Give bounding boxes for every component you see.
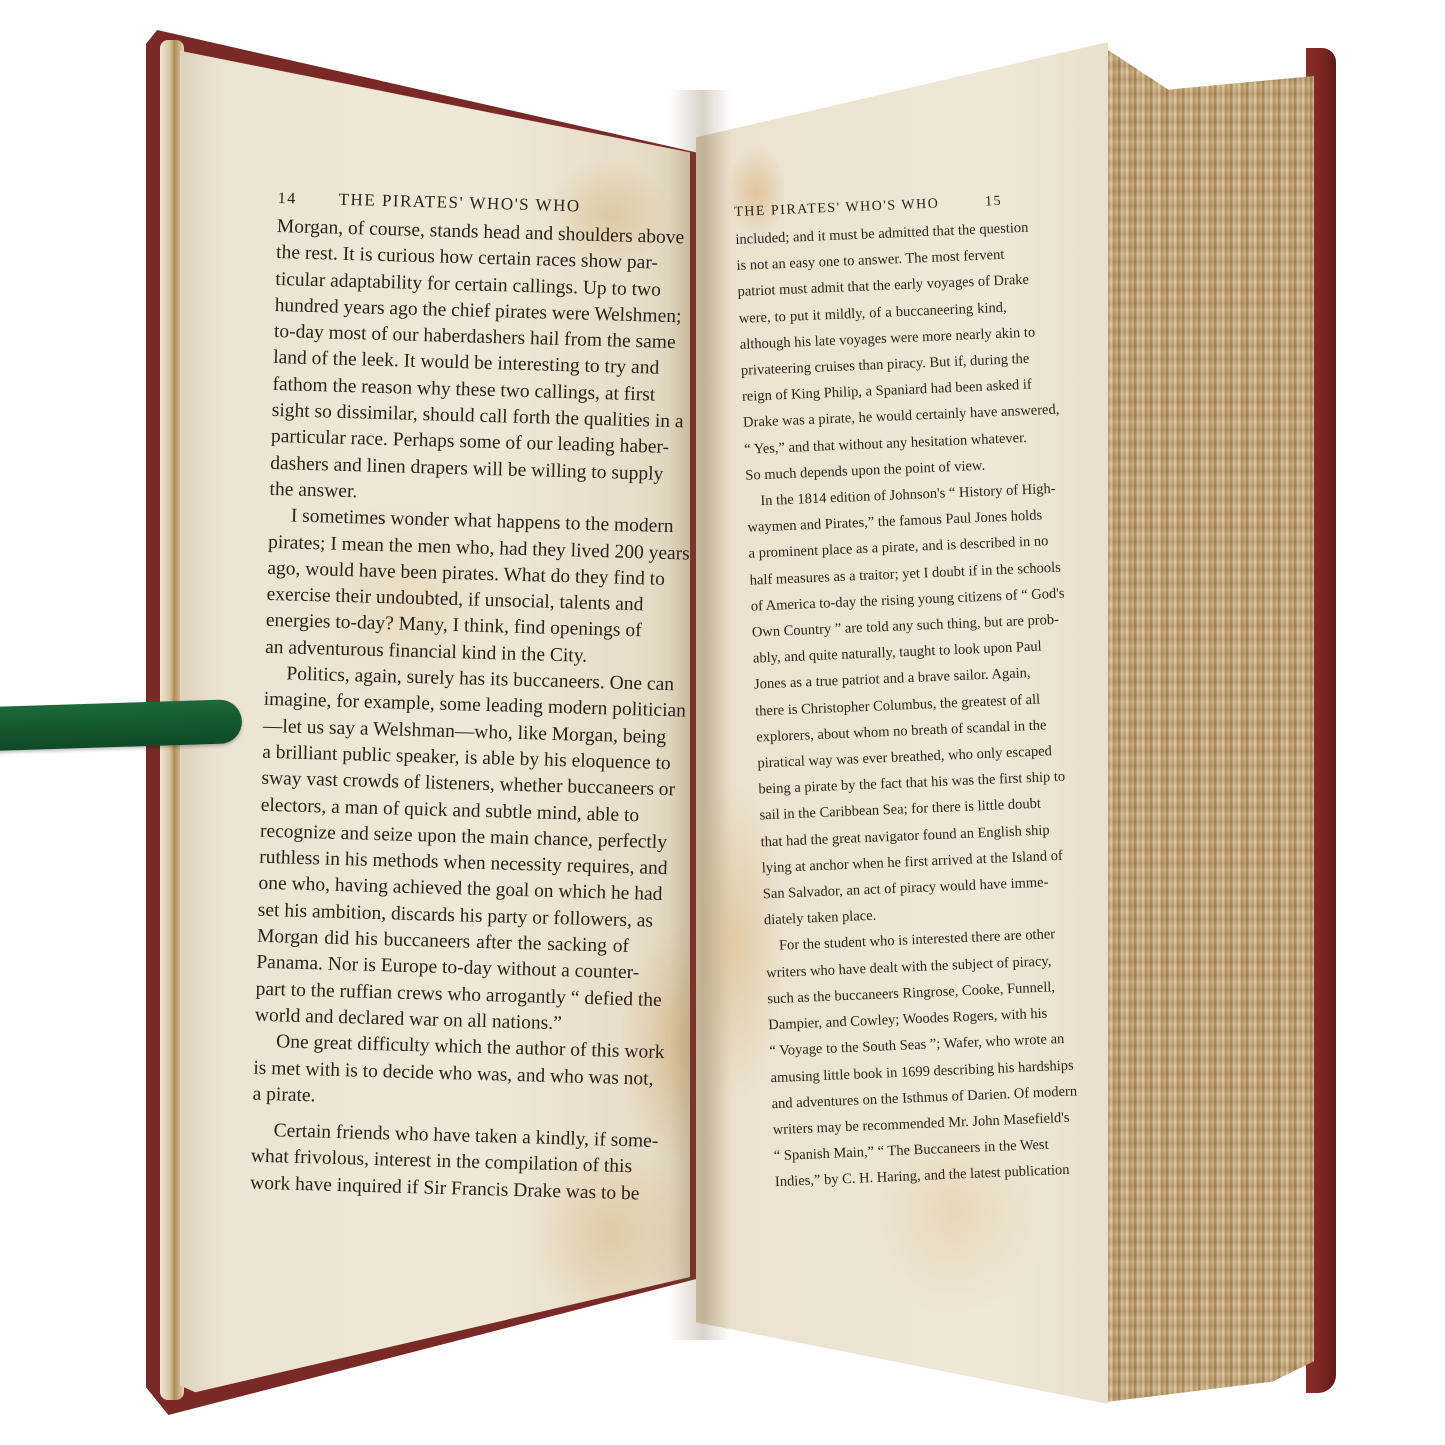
page-block-fore-edge xyxy=(1106,42,1314,1402)
right-page-text: THE PIRATES' WHO'S WHO 15 included; and … xyxy=(734,194,1043,1196)
left-page-text: 14 THE PIRATES' WHO'S WHO Morgan, of cou… xyxy=(250,188,650,1207)
page-number: 15 xyxy=(985,194,1003,211)
bookmark-ribbon-icon xyxy=(0,699,243,751)
page-number: 14 xyxy=(277,190,296,209)
